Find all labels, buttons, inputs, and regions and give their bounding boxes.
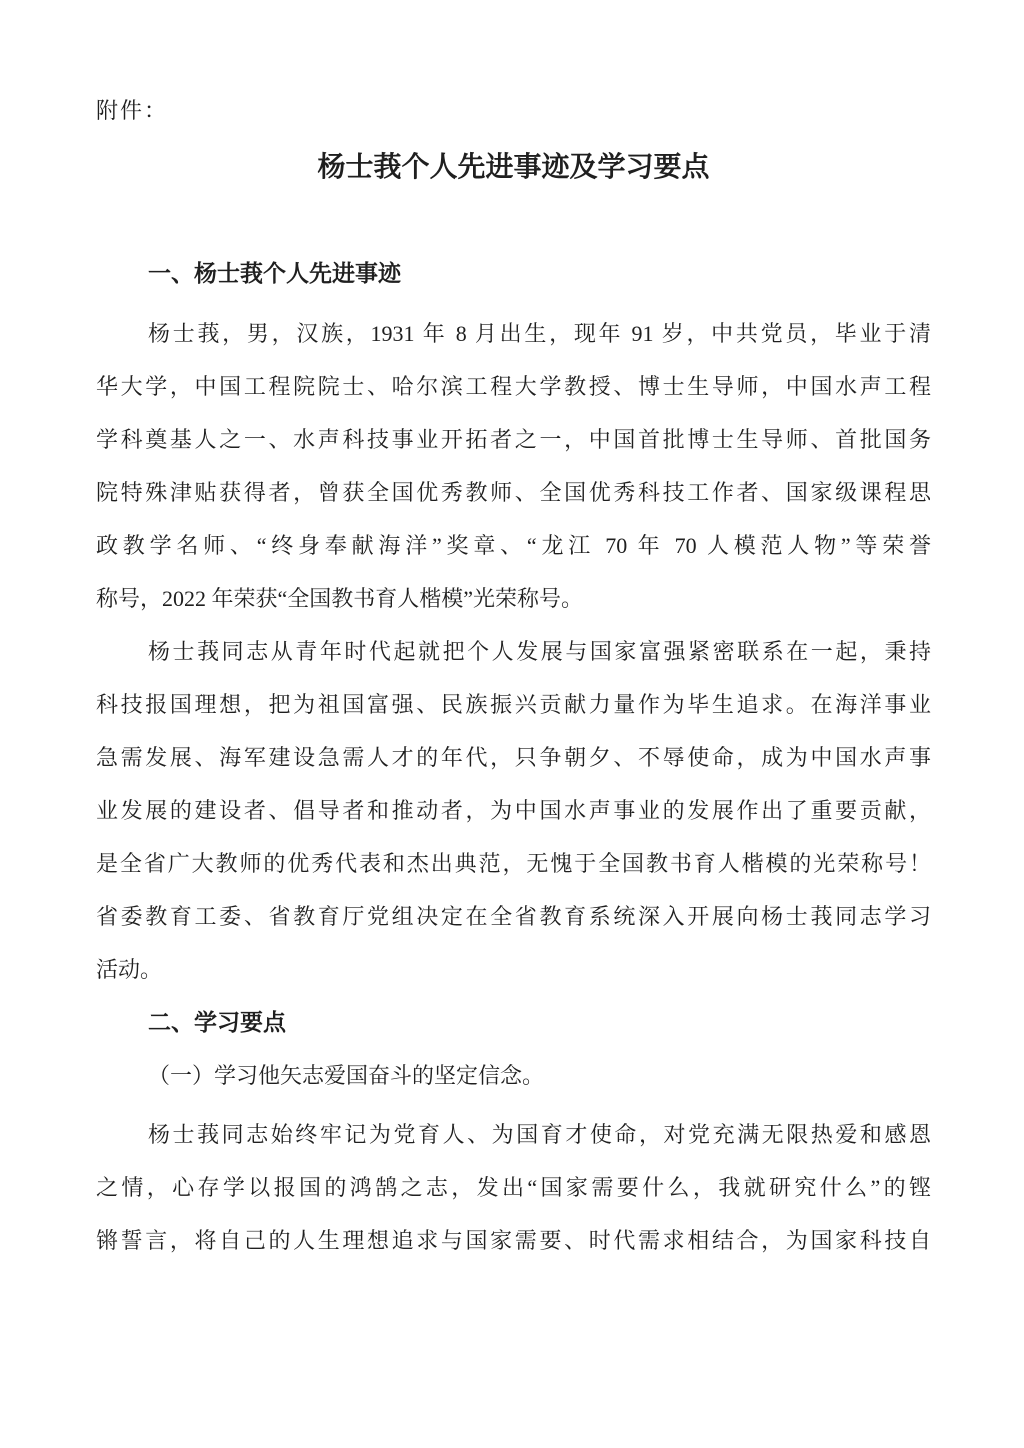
paragraph-3-line-3: 锵誓言，将自己的人生理想追求与国家需要、时代需求相结合，为国家科技自: [96, 1214, 931, 1267]
paragraph-3-line-1: 杨士莪同志始终牢记为党育人、为国育才使命，对党充满无限热爱和感恩: [96, 1108, 931, 1161]
paragraph-2-line-5: 是全省广大教师的优秀代表和杰出典范，无愧于全国教书育人楷模的光荣称号！: [96, 837, 931, 890]
attachment-label: 附件：: [96, 96, 931, 126]
paragraph-1-line-2: 华大学，中国工程院院士、哈尔滨工程大学教授、博士生导师，中国水声工程: [96, 360, 931, 413]
paragraph-1-line-6: 称号，2022 年荣获“全国教书育人楷模”光荣称号。: [96, 572, 931, 625]
section-2-subheading-1: （一）学习他矢志爱国奋斗的坚定信念。: [96, 1049, 931, 1102]
paragraph-1: 杨士莪，男，汉族，1931 年 8 月出生，现年 91 岁，中共党员，毕业于清 …: [96, 307, 931, 625]
paragraph-2: 杨士莪同志从青年时代起就把个人发展与国家富强紧密联系在一起，秉持 科技报国理想，…: [96, 625, 931, 996]
paragraph-2-line-3: 急需发展、海军建设急需人才的年代，只争朝夕、不辱使命，成为中国水声事: [96, 731, 931, 784]
paragraph-1-line-3: 学科奠基人之一、水声科技事业开拓者之一，中国首批博士生导师、首批国务: [96, 413, 931, 466]
section-1-heading: 一、杨士莪个人先进事迹: [96, 254, 931, 294]
paragraph-2-line-7: 活动。: [96, 943, 931, 996]
paragraph-2-line-4: 业发展的建设者、倡导者和推动者，为中国水声事业的发展作出了重要贡献，: [96, 784, 931, 837]
paragraph-1-line-5: 政教学名师、“终身奉献海洋”奖章、“龙江 70 年 70 人模范人物”等荣誉: [96, 519, 931, 572]
paragraph-2-line-6: 省委教育工委、省教育厅党组决定在全省教育系统深入开展向杨士莪同志学习: [96, 890, 931, 943]
paragraph-3-line-2: 之情，心存学以报国的鸿鹄之志，发出“国家需要什么，我就研究什么”的铿: [96, 1161, 931, 1214]
paragraph-3: 杨士莪同志始终牢记为党育人、为国育才使命，对党充满无限热爱和感恩 之情，心存学以…: [96, 1108, 931, 1267]
paragraph-1-line-4: 院特殊津贴获得者，曾获全国优秀教师、全国优秀科技工作者、国家级课程思: [96, 466, 931, 519]
paragraph-2-line-1: 杨士莪同志从青年时代起就把个人发展与国家富强紧密联系在一起，秉持: [96, 625, 931, 678]
document-title: 杨士莪个人先进事迹及学习要点: [96, 148, 931, 188]
section-2-heading: 二、学习要点: [96, 996, 931, 1049]
paragraph-1-line-1: 杨士莪，男，汉族，1931 年 8 月出生，现年 91 岁，中共党员，毕业于清: [96, 307, 931, 360]
paragraph-2-line-2: 科技报国理想，把为祖国富强、民族振兴贡献力量作为毕生追求。在海洋事业: [96, 678, 931, 731]
document-page: 附件： 杨士莪个人先进事迹及学习要点 一、杨士莪个人先进事迹 杨士莪，男，汉族，…: [0, 0, 1024, 1448]
